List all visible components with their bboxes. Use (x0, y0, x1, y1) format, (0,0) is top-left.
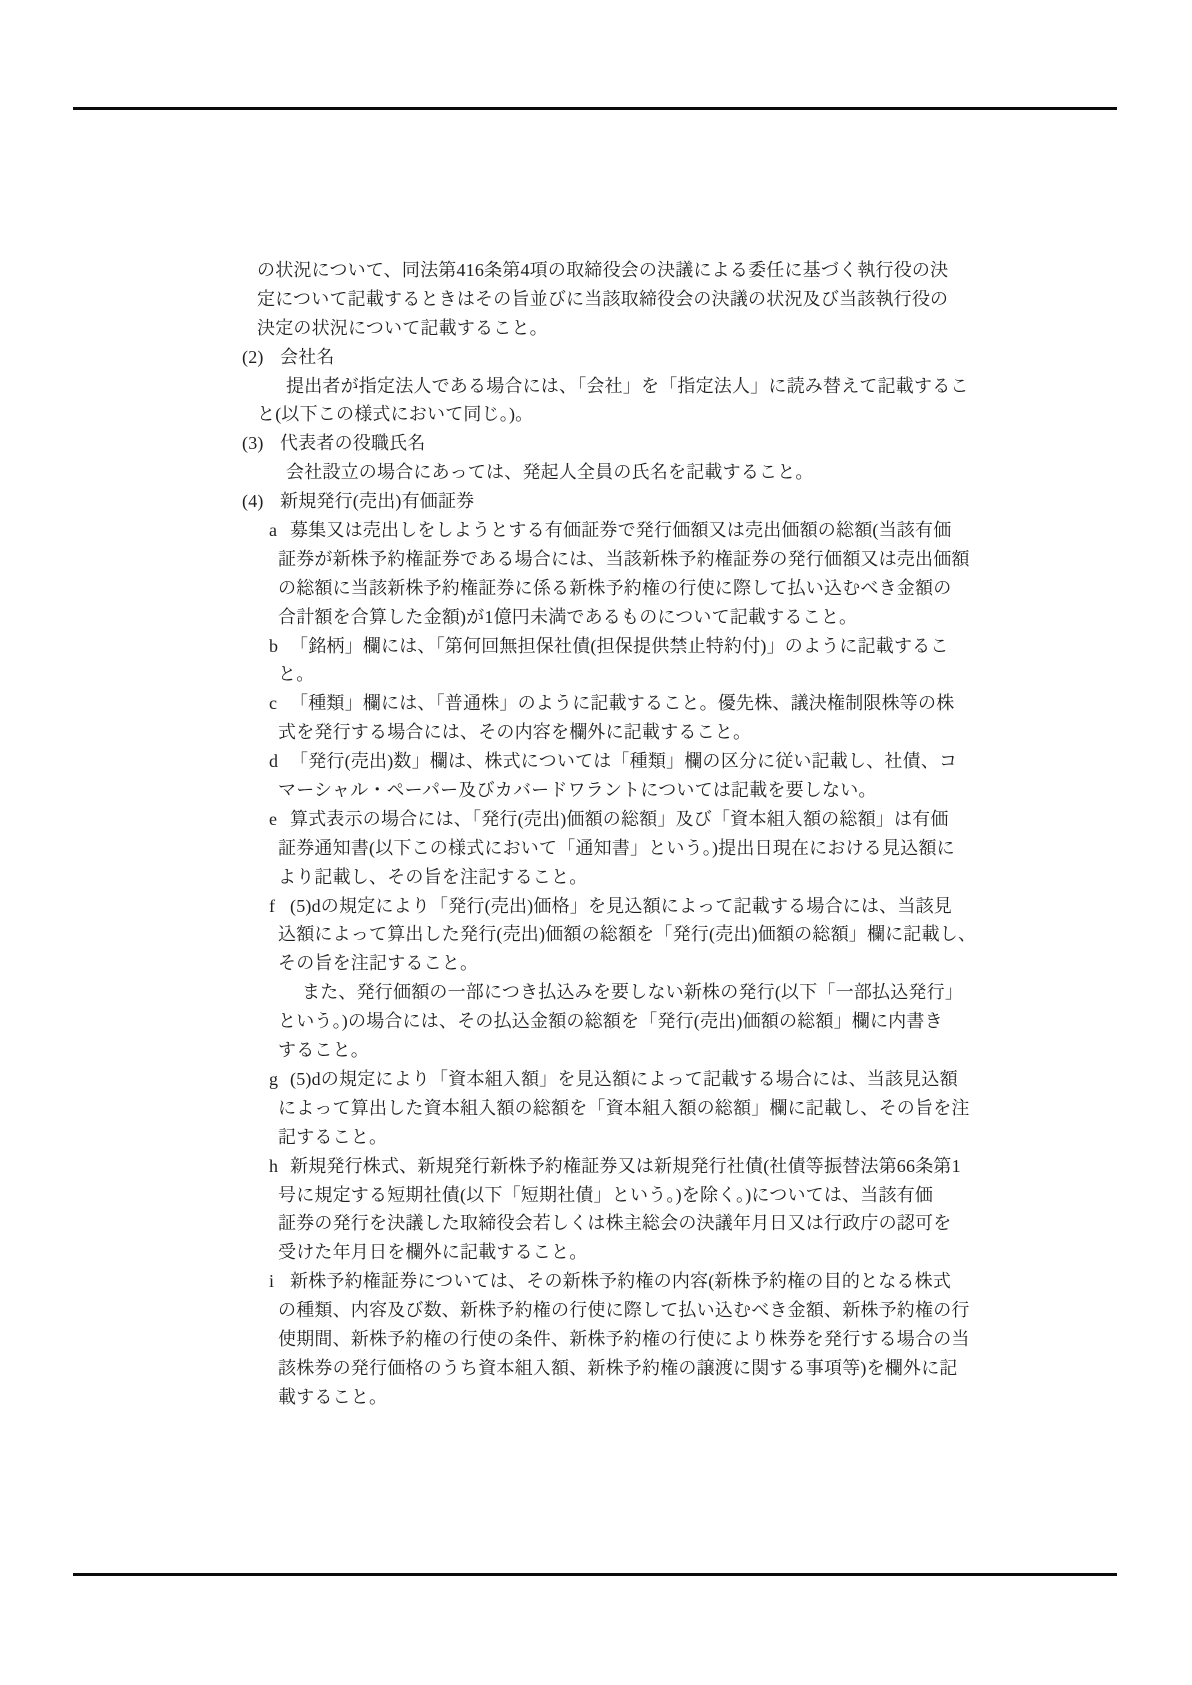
line-text: 会社設立の場合にあっては、発起人全員の氏名を記載すること。 (286, 458, 1062, 487)
document-line: 号に規定する短期社債(以下「短期社債」という。)を除く。)については、当該有価 (242, 1181, 1062, 1210)
document-line: の状況について、同法第416条第4項の取締役会の決議による委任に基づく執行役の決 (242, 256, 1062, 285)
line-marker: d (269, 747, 278, 776)
line-text: の状況について、同法第416条第4項の取締役会の決議による委任に基づく執行役の決 (257, 256, 1062, 285)
document-line: 会社設立の場合にあっては、発起人全員の氏名を記載すること。 (242, 458, 1062, 487)
document-line: 式を発行する場合には、その内容を欄外に記載すること。 (242, 718, 1062, 747)
document-line: a募集又は売出しをしようとする有価証券で発行価額又は売出価額の総額(当該有価 (242, 516, 1062, 545)
line-text: 該株券の発行価格のうち資本組入額、新株予約権の譲渡に関する事項等)を欄外に記 (278, 1354, 1062, 1383)
line-text: と(以下この様式において同じ。)。 (257, 400, 1062, 429)
document-line: e算式表示の場合には、「発行(売出)価額の総額」及び「資本組入額の総額」は有価 (242, 805, 1062, 834)
line-text: 受けた年月日を欄外に記載すること。 (278, 1238, 1062, 1267)
document-line: 提出者が指定法人である場合には、「会社」を「指定法人」に読み替えて記載するこ (242, 372, 1062, 401)
document-line: また、発行価額の一部につき払込みを要しない新株の発行(以下「一部払込発行」 (242, 978, 1062, 1007)
document-line: 証券通知書(以下この様式において「通知書」という。)提出日現在における見込額に (242, 834, 1062, 863)
line-text: 証券が新株予約権証券である場合には、当該新株予約権証券の発行価額又は売出価額 (278, 545, 1062, 574)
line-text: 募集又は売出しをしようとする有価証券で発行価額又は売出価額の総額(当該有価 (290, 516, 1062, 545)
document-line: d「発行(売出)数」欄は、株式については「種類」欄の区分に従い記載し、社債、コ (242, 747, 1062, 776)
line-marker: c (269, 689, 277, 718)
document-line: b「銘柄」欄には、「第何回無担保社債(担保提供禁止特約付)」のように記載するこ (242, 632, 1062, 661)
line-marker: e (269, 805, 277, 834)
document-line: h新規発行株式、新規発行新株予約権証券又は新規発行社債(社債等振替法第66条第1 (242, 1152, 1062, 1181)
line-marker: b (269, 632, 278, 661)
document-line: (2)会社名 (242, 343, 1062, 372)
line-marker: h (269, 1152, 278, 1181)
document-line: f(5)dの規定により「発行(売出)価格」を見込額によって記載する場合には、当該… (242, 892, 1062, 921)
document-line: 受けた年月日を欄外に記載すること。 (242, 1238, 1062, 1267)
line-text: 定について記載するときはその旨並びに当該取締役会の決議の状況及び当該執行役の (257, 285, 1062, 314)
document-line: その旨を注記すること。 (242, 949, 1062, 978)
line-text: 号に規定する短期社債(以下「短期社債」という。)を除く。)については、当該有価 (278, 1181, 1062, 1210)
line-text: 代表者の役職氏名 (280, 429, 1062, 458)
line-marker: f (269, 892, 275, 921)
document-line: と。 (242, 660, 1062, 689)
document-line: 定について記載するときはその旨並びに当該取締役会の決議の状況及び当該執行役の (242, 285, 1062, 314)
line-text: 「銘柄」欄には、「第何回無担保社債(担保提供禁止特約付)」のように記載するこ (290, 632, 1062, 661)
line-text: という。)の場合には、その払込金額の総額を「発行(売出)価額の総額」欄に内書き (278, 1007, 1062, 1036)
line-text: 会社名 (280, 343, 1062, 372)
line-marker: (4) (242, 487, 264, 516)
line-text: の総額に当該新株予約権証券に係る新株予約権の行使に際して払い込むべき金額の (278, 574, 1062, 603)
document-body: の状況について、同法第416条第4項の取締役会の決議による委任に基づく執行役の決… (242, 256, 1062, 1412)
document-line: の総額に当該新株予約権証券に係る新株予約権の行使に際して払い込むべき金額の (242, 574, 1062, 603)
line-text: 込額によって算出した発行(売出)価額の総額を「発行(売出)価額の総額」欄に記載し… (278, 920, 1062, 949)
line-text: の種類、内容及び数、新株予約権の行使に際して払い込むべき金額、新株予約権の行 (278, 1296, 1062, 1325)
document-line: (3)代表者の役職氏名 (242, 429, 1062, 458)
line-text: 載すること。 (278, 1383, 1062, 1412)
line-text: 合計額を合算した金額)が1億円未満であるものについて記載すること。 (278, 603, 1062, 632)
document-line: すること。 (242, 1036, 1062, 1065)
document-line: マーシャル・ペーパー及びカバードワラントについては記載を要しない。 (242, 776, 1062, 805)
line-text: 証券通知書(以下この様式において「通知書」という。)提出日現在における見込額に (278, 834, 1062, 863)
line-marker: (2) (242, 343, 264, 372)
top-rule (73, 107, 1117, 110)
line-text: その旨を注記すること。 (278, 949, 1062, 978)
line-text: 使期間、新株予約権の行使の条件、新株予約権の行使により株券を発行する場合の当 (278, 1325, 1062, 1354)
document-line: 記すること。 (242, 1123, 1062, 1152)
line-text: 提出者が指定法人である場合には、「会社」を「指定法人」に読み替えて記載するこ (286, 372, 1062, 401)
document-line: c「種類」欄には、「普通株」のように記載すること。優先株、議決権制限株等の株 (242, 689, 1062, 718)
document-line: より記載し、その旨を注記すること。 (242, 863, 1062, 892)
line-marker: g (269, 1065, 278, 1094)
document-line: と(以下この様式において同じ。)。 (242, 400, 1062, 429)
line-text: 新規発行(売出)有価証券 (280, 487, 1062, 516)
line-text: マーシャル・ペーパー及びカバードワラントについては記載を要しない。 (278, 776, 1062, 805)
line-text: 記すること。 (278, 1123, 1062, 1152)
document-line: 使期間、新株予約権の行使の条件、新株予約権の行使により株券を発行する場合の当 (242, 1325, 1062, 1354)
document-line: 合計額を合算した金額)が1億円未満であるものについて記載すること。 (242, 603, 1062, 632)
line-text: 証券の発行を決議した取締役会若しくは株主総会の決議年月日又は行政庁の認可を (278, 1209, 1062, 1238)
document-line: という。)の場合には、その払込金額の総額を「発行(売出)価額の総額」欄に内書き (242, 1007, 1062, 1036)
line-text: 新株予約権証券については、その新株予約権の内容(新株予約権の目的となる株式 (290, 1267, 1062, 1296)
document-line: 決定の状況について記載すること。 (242, 314, 1062, 343)
line-text: 決定の状況について記載すること。 (257, 314, 1062, 343)
document-line: によって算出した資本組入額の総額を「資本組入額の総額」欄に記載し、その旨を注 (242, 1094, 1062, 1123)
document-line: 証券が新株予約権証券である場合には、当該新株予約権証券の発行価額又は売出価額 (242, 545, 1062, 574)
line-text: すること。 (278, 1036, 1062, 1065)
line-text: より記載し、その旨を注記すること。 (278, 863, 1062, 892)
bottom-rule (73, 1573, 1117, 1576)
line-text: 新規発行株式、新規発行新株予約権証券又は新規発行社債(社債等振替法第66条第1 (290, 1152, 1062, 1181)
document-line: g(5)dの規定により「資本組入額」を見込額によって記載する場合には、当該見込額 (242, 1065, 1062, 1094)
line-marker: i (269, 1267, 274, 1296)
line-text: 算式表示の場合には、「発行(売出)価額の総額」及び「資本組入額の総額」は有価 (290, 805, 1062, 834)
document-line: 込額によって算出した発行(売出)価額の総額を「発行(売出)価額の総額」欄に記載し… (242, 920, 1062, 949)
line-text: によって算出した資本組入額の総額を「資本組入額の総額」欄に記載し、その旨を注 (278, 1094, 1062, 1123)
line-text: 「発行(売出)数」欄は、株式については「種類」欄の区分に従い記載し、社債、コ (290, 747, 1062, 776)
document-line: i新株予約権証券については、その新株予約権の内容(新株予約権の目的となる株式 (242, 1267, 1062, 1296)
document-line: 載すること。 (242, 1383, 1062, 1412)
document-line: (4)新規発行(売出)有価証券 (242, 487, 1062, 516)
line-text: (5)dの規定により「資本組入額」を見込額によって記載する場合には、当該見込額 (290, 1065, 1062, 1094)
document-line: の種類、内容及び数、新株予約権の行使に際して払い込むべき金額、新株予約権の行 (242, 1296, 1062, 1325)
line-marker: (3) (242, 429, 264, 458)
line-text: と。 (278, 660, 1062, 689)
line-text: 「種類」欄には、「普通株」のように記載すること。優先株、議決権制限株等の株 (290, 689, 1062, 718)
document-line: 証券の発行を決議した取締役会若しくは株主総会の決議年月日又は行政庁の認可を (242, 1209, 1062, 1238)
line-text: (5)dの規定により「発行(売出)価格」を見込額によって記載する場合には、当該見 (290, 892, 1062, 921)
document-line: 該株券の発行価格のうち資本組入額、新株予約権の譲渡に関する事項等)を欄外に記 (242, 1354, 1062, 1383)
line-text: 式を発行する場合には、その内容を欄外に記載すること。 (278, 718, 1062, 747)
document-page: の状況について、同法第416条第4項の取締役会の決議による委任に基づく執行役の決… (0, 0, 1192, 1685)
line-text: また、発行価額の一部につき払込みを要しない新株の発行(以下「一部払込発行」 (302, 978, 1062, 1007)
line-marker: a (269, 516, 277, 545)
